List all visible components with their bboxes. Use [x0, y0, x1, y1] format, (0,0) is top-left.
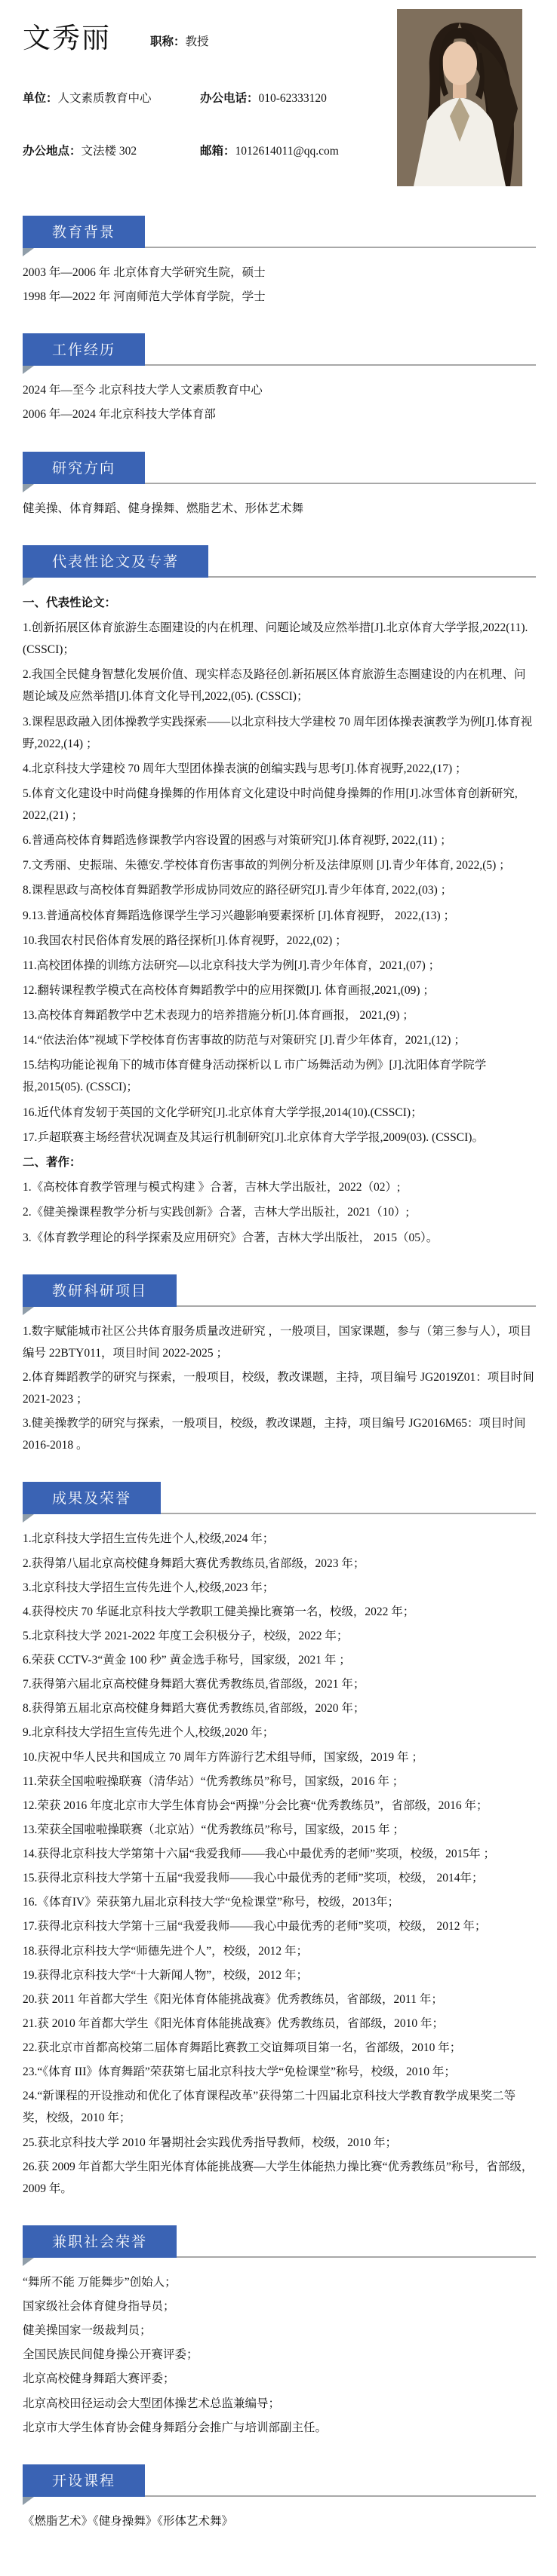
honor-item: 22.获北京市首都高校第二届体育舞蹈比赛教工交谊舞项目第一名，省部级，2010 …	[23, 2037, 536, 2059]
unit-label: 单位：	[23, 92, 58, 105]
paper-item: 8.课程思政与高校体育舞蹈教学形成协同效应的路径研究[J].青少年体育, 202…	[23, 879, 536, 901]
section-courses: 开设课程 《燃脂艺术》《健身操舞》《形体艺术舞》	[23, 2464, 536, 2532]
profile-photo	[397, 9, 522, 186]
social-item: 国家级社会体育健身指导员；	[23, 2295, 536, 2317]
books-heading: 二、著作：	[23, 1152, 536, 1173]
title-label: 职称：	[150, 35, 186, 48]
paper-item: 17.乒超联赛主场经营状况调查及其运行机制研究[J].北京体育大学学报,2009…	[23, 1127, 536, 1148]
honor-item: 18.获得北京科技大学“师德先进个人”，校级，2012 年；	[23, 1940, 536, 1962]
section-education: 教育背景 2003 年—2006 年 北京体育大学研究生院，硕士1998 年—2…	[23, 216, 536, 308]
papers-list: 1.创新拓展区体育旅游生态圈建设的内在机理、问题论域及应然举措[J].北京体育大…	[23, 617, 536, 1148]
profile-header: 文秀丽职称：教授 单位：人文素质教育中心 办公电话：010-62333120 办…	[23, 0, 536, 190]
honor-item: 19.获得北京科技大学“十大新闻人物”，校级，2012 年；	[23, 1964, 536, 1986]
honor-item: 16.《体育IV》荣获第九届北京科技大学“免检课堂”称号，校级，2013年；	[23, 1891, 536, 1913]
section-courses-header: 开设课程	[23, 2464, 536, 2497]
work-item: 2024 年—至今 北京科技大学人文素质教育中心	[23, 379, 536, 401]
honor-item: 25.获北京科技大学 2010 年暑期社会实践优秀指导教师，校级，2010 年；	[23, 2132, 536, 2154]
section-work-body: 2024 年—至今 北京科技大学人文素质教育中心2006 年—2024 年北京科…	[23, 366, 536, 425]
honor-item: 17.获得北京科技大学第十三届“我爱我师——我心中最优秀的老师”奖项，校级， 2…	[23, 1915, 536, 1937]
section-work: 工作经历 2024 年—至今 北京科技大学人文素质教育中心2006 年—2024…	[23, 333, 536, 425]
social-item: 健美操国家一级裁判员；	[23, 2320, 536, 2341]
social-item: 北京市大学生体育协会健身舞蹈分会推广与培训部副主任。	[23, 2417, 536, 2439]
section-research-body: 健美操、体育舞蹈、健身操舞、燃脂艺术、形体艺术舞	[23, 484, 536, 520]
paper-item: 11.高校团体操的训练方法研究—以北京科技大学为例[J].青少年体育，2021,…	[23, 955, 536, 977]
office-value: 文法楼 302	[82, 145, 137, 158]
section-courses-title: 开设课程	[23, 2464, 145, 2497]
education-item: 2003 年—2006 年 北京体育大学研究生院，硕士	[23, 262, 536, 284]
phone-label: 办公电话：	[200, 92, 259, 105]
paper-item: 10.我国农村民俗体育发展的路径探析[J].体育视野，2022,(02) ；	[23, 930, 536, 952]
person-name: 文秀丽	[23, 15, 111, 56]
books-list: 1.《高校体育教学管理与模式构建 》合著，吉林大学出版社，2022（02）;2.…	[23, 1176, 536, 1248]
email-label: 邮箱：	[200, 145, 235, 158]
section-work-title: 工作经历	[23, 333, 145, 366]
honor-item: 10.庆祝中华人民共和国成立 70 周年方阵游行艺术组导师，国家级，2019 年…	[23, 1746, 536, 1768]
office-field: 办公地点：文法楼 302	[23, 142, 200, 158]
title-row: 职称：教授	[150, 32, 209, 49]
section-education-title: 教育背景	[23, 216, 145, 248]
honor-item: 20.获 2011 年首都大学生《阳光体育体能挑战赛》优秀教练员，省部级，201…	[23, 1989, 536, 2010]
ribbon-fold-decoration	[23, 1514, 34, 1523]
section-projects-body: 1.数字赋能城市社区公共体育服务质量改进研究 ，一般项目，国家课题，参与（第三参…	[23, 1307, 536, 1457]
section-courses-body: 《燃脂艺术》《健身操舞》《形体艺术舞》	[23, 2497, 536, 2532]
honor-item: 2.获得第八届北京高校健身舞蹈大赛优秀教练员,省部级，2023 年；	[23, 1553, 536, 1575]
paper-item: 14.“依法治体”视域下学校体育伤害事故的防范与对策研究 [J].青少年体育，2…	[23, 1029, 536, 1051]
work-item: 2006 年—2024 年北京科技大学体育部	[23, 403, 536, 425]
project-item: 1.数字赋能城市社区公共体育服务质量改进研究 ，一般项目，国家课题，参与（第三参…	[23, 1320, 536, 1364]
project-item: 2.体育舞蹈教学的研究与探索，一般项目，校级，教改课题，主持，项目编号 JG20…	[23, 1366, 536, 1410]
section-honors: 成果及荣誉 1.北京科技大学招生宣传先进个人,校级,2024 年；2.获得第八届…	[23, 1482, 536, 2200]
unit-value: 人文素质教育中心	[58, 92, 152, 105]
social-item: 全国民族民间健身操公开赛评委；	[23, 2344, 536, 2366]
section-publications-title: 代表性论文及专著	[23, 545, 208, 578]
education-item: 1998 年—2022 年 河南师范大学体育学院，学士	[23, 286, 536, 308]
paper-item: 13.高校体育舞蹈教学中艺术表现力的培养措施分析[J].体育画报， 2021,(…	[23, 1004, 536, 1026]
section-projects-header: 教研科研项目	[23, 1274, 536, 1307]
paper-item: 15.结构功能论视角下的城市体育健身活动探析以 L 市广场舞活动为例》[J].沈…	[23, 1054, 536, 1098]
ribbon-fold-decoration	[23, 2258, 34, 2266]
honor-item: 24.“新课程的开设推动和优化了体育课程改革”获得第二十四届北京科技大学教育教学…	[23, 2085, 536, 2129]
ribbon-fold-decoration	[23, 248, 34, 256]
section-honors-title: 成果及荣誉	[23, 1482, 161, 1514]
honor-item: 14.获得北京科技大学第第十六届“我爱我师——我心中最优秀的老师”奖项，校级，2…	[23, 1843, 536, 1865]
paper-item: 1.创新拓展区体育旅游生态圈建设的内在机理、问题论域及应然举措[J].北京体育大…	[23, 617, 536, 661]
section-honors-header: 成果及荣誉	[23, 1482, 536, 1514]
ribbon-fold-decoration	[23, 366, 34, 374]
paper-item: 12.翻转课程教学模式在高校体育舞蹈教学中的应用探微[J]. 体育画报,2021…	[23, 980, 536, 1001]
honor-item: 3.北京科技大学招生宣传先进个人,校级,2023 年；	[23, 1577, 536, 1599]
section-education-body: 2003 年—2006 年 北京体育大学研究生院，硕士1998 年—2022 年…	[23, 248, 536, 308]
ribbon-fold-decoration	[23, 2497, 34, 2505]
paper-item: 7.文秀丽、史振瑞、朱德安.学校体育伤害事故的判例分析及法律原则 [J].青少年…	[23, 854, 536, 876]
section-projects: 教研科研项目 1.数字赋能城市社区公共体育服务质量改进研究 ，一般项目，国家课题…	[23, 1274, 536, 1457]
profile-page: 文秀丽职称：教授 单位：人文素质教育中心 办公电话：010-62333120 办…	[0, 0, 557, 2576]
honor-item: 13.荣获全国啦啦操联赛（北京站）“优秀教练员”称号，国家级，2015 年 ；	[23, 1819, 536, 1841]
section-honors-body: 1.北京科技大学招生宣传先进个人,校级,2024 年；2.获得第八届北京高校健身…	[23, 1514, 536, 2200]
honor-item: 26.获 2009 年首都大学生阳光体育体能挑战赛—大学生体能热力操比赛“优秀教…	[23, 2156, 536, 2200]
honor-item: 12.荣获 2016 年度北京市大学生体育协会“两操”分会比赛“优秀教练员”，省…	[23, 1795, 536, 1817]
section-publications-header: 代表性论文及专著	[23, 545, 536, 578]
section-education-header: 教育背景	[23, 216, 536, 248]
honor-item: 9.北京科技大学招生宣传先进个人,校级,2020 年；	[23, 1722, 536, 1743]
book-item: 1.《高校体育教学管理与模式构建 》合著，吉林大学出版社，2022（02）;	[23, 1176, 536, 1198]
section-social-title: 兼职社会荣誉	[23, 2225, 177, 2258]
honor-item: 4.获得校庆 70 华诞北京科技大学教职工健美操比赛第一名，校级，2022 年；	[23, 1601, 536, 1623]
honor-item: 5.北京科技大学 2021-2022 年度工会积极分子，校级，2022 年；	[23, 1625, 536, 1647]
ribbon-fold-decoration	[23, 484, 34, 492]
ribbon-fold-decoration	[23, 1307, 34, 1315]
paper-item: 9.13.普通高校体育舞蹈选修课学生学习兴趣影响要素探析 [J].体育视野， 2…	[23, 905, 536, 927]
project-item: 3.健美操教学的研究与探索，一般项目，校级，教改课题，主持，项目编号 JG201…	[23, 1412, 536, 1456]
phone-value: 010-62333120	[259, 92, 327, 105]
email-value: 1012614011@qq.com	[235, 145, 339, 158]
paper-item: 5.体育文化建设中时尚健身操舞的作用体育文化建设中时尚健身操舞的作用[J].冰雪…	[23, 783, 536, 826]
section-research: 研究方向 健美操、体育舞蹈、健身操舞、燃脂艺术、形体艺术舞	[23, 452, 536, 520]
section-social-header: 兼职社会荣誉	[23, 2225, 536, 2258]
papers-heading: 一、代表性论文：	[23, 592, 536, 614]
paper-item: 3.课程思政融入团体操教学实践探索——以北京科技大学建校 70 周年团体操表演教…	[23, 711, 536, 755]
honor-item: 7.获得第六届北京高校健身舞蹈大赛优秀教练员,省部级，2021 年；	[23, 1673, 536, 1695]
social-item: “舞所不能 万能舞步”创始人；	[23, 2271, 536, 2293]
social-item: 北京高校田径运动会大型团体操艺术总监兼编导；	[23, 2393, 536, 2415]
section-research-title: 研究方向	[23, 452, 145, 484]
section-publications-body: 一、代表性论文： 1.创新拓展区体育旅游生态圈建设的内在机理、问题论域及应然举措…	[23, 578, 536, 1249]
research-item: 健美操、体育舞蹈、健身操舞、燃脂艺术、形体艺术舞	[23, 498, 536, 520]
ribbon-fold-decoration	[23, 578, 34, 586]
paper-item: 16.近代体育发轫于英国的文化学研究[J].北京体育大学学报,2014(10).…	[23, 1102, 536, 1124]
section-social: 兼职社会荣誉 “舞所不能 万能舞步”创始人；国家级社会体育健身指导员；健美操国家…	[23, 2225, 536, 2439]
honor-item: 8.获得第五届北京高校健身舞蹈大赛优秀教练员,省部级，2020 年；	[23, 1697, 536, 1719]
phone-field: 办公电话：010-62333120	[200, 89, 381, 106]
honor-item: 11.荣获全国啦啦操联赛（清华站）“优秀教练员”称号，国家级，2016 年 ；	[23, 1771, 536, 1792]
book-item: 2.《健美操课程教学分析与实践创新》合著，吉林大学出版社，2021（10）;	[23, 1201, 536, 1223]
title-value: 教授	[186, 35, 209, 48]
book-item: 3.《体育教学理论的科学探索及应用研究》合著，吉林大学出版社， 2015（05）…	[23, 1227, 536, 1249]
paper-item: 2.我国全民健身智慧化发展价值、现实样态及路径创.新拓展区体育旅游生态圈建设的内…	[23, 664, 536, 707]
office-label: 办公地点：	[23, 145, 82, 158]
unit-field: 单位：人文素质教育中心	[23, 89, 200, 106]
section-work-header: 工作经历	[23, 333, 536, 366]
contact-grid: 单位：人文素质教育中心 办公电话：010-62333120 办公地点：文法楼 3…	[23, 89, 381, 158]
paper-item: 6.普通高校体育舞蹈选修课教学内容设置的困惑与对策研究[J].体育视野, 202…	[23, 830, 536, 851]
email-field: 邮箱：1012614011@qq.com	[200, 142, 381, 158]
section-projects-title: 教研科研项目	[23, 1274, 177, 1307]
honor-item: 15.获得北京科技大学第十五届“我爱我师——我心中最优秀的老师”奖项，校级， 2…	[23, 1867, 536, 1889]
social-item: 北京高校健身舞蹈大赛评委；	[23, 2368, 536, 2390]
paper-item: 4.北京科技大学建校 70 周年大型团体操表演的创编实践与思考[J].体育视野,…	[23, 758, 536, 780]
honor-item: 6.荣获 CCTV-3“黄金 100 秒” 黄金选手称号，国家级，2021 年 …	[23, 1649, 536, 1671]
course-item: 《燃脂艺术》《健身操舞》《形体艺术舞》	[23, 2510, 536, 2532]
honor-item: 1.北京科技大学招生宣传先进个人,校级,2024 年；	[23, 1528, 536, 1550]
section-research-header: 研究方向	[23, 452, 536, 484]
section-publications: 代表性论文及专著 一、代表性论文： 1.创新拓展区体育旅游生态圈建设的内在机理、…	[23, 545, 536, 1249]
section-social-body: “舞所不能 万能舞步”创始人；国家级社会体育健身指导员；健美操国家一级裁判员；全…	[23, 2258, 536, 2439]
honor-item: 23.“《体育 III》体育舞蹈”荣获第七届北京科技大学“免检课堂”称号，校级，…	[23, 2061, 536, 2083]
honor-item: 21.获 2010 年首都大学生《阳光体育体能挑战赛》优秀教练员，省部级，201…	[23, 2013, 536, 2035]
